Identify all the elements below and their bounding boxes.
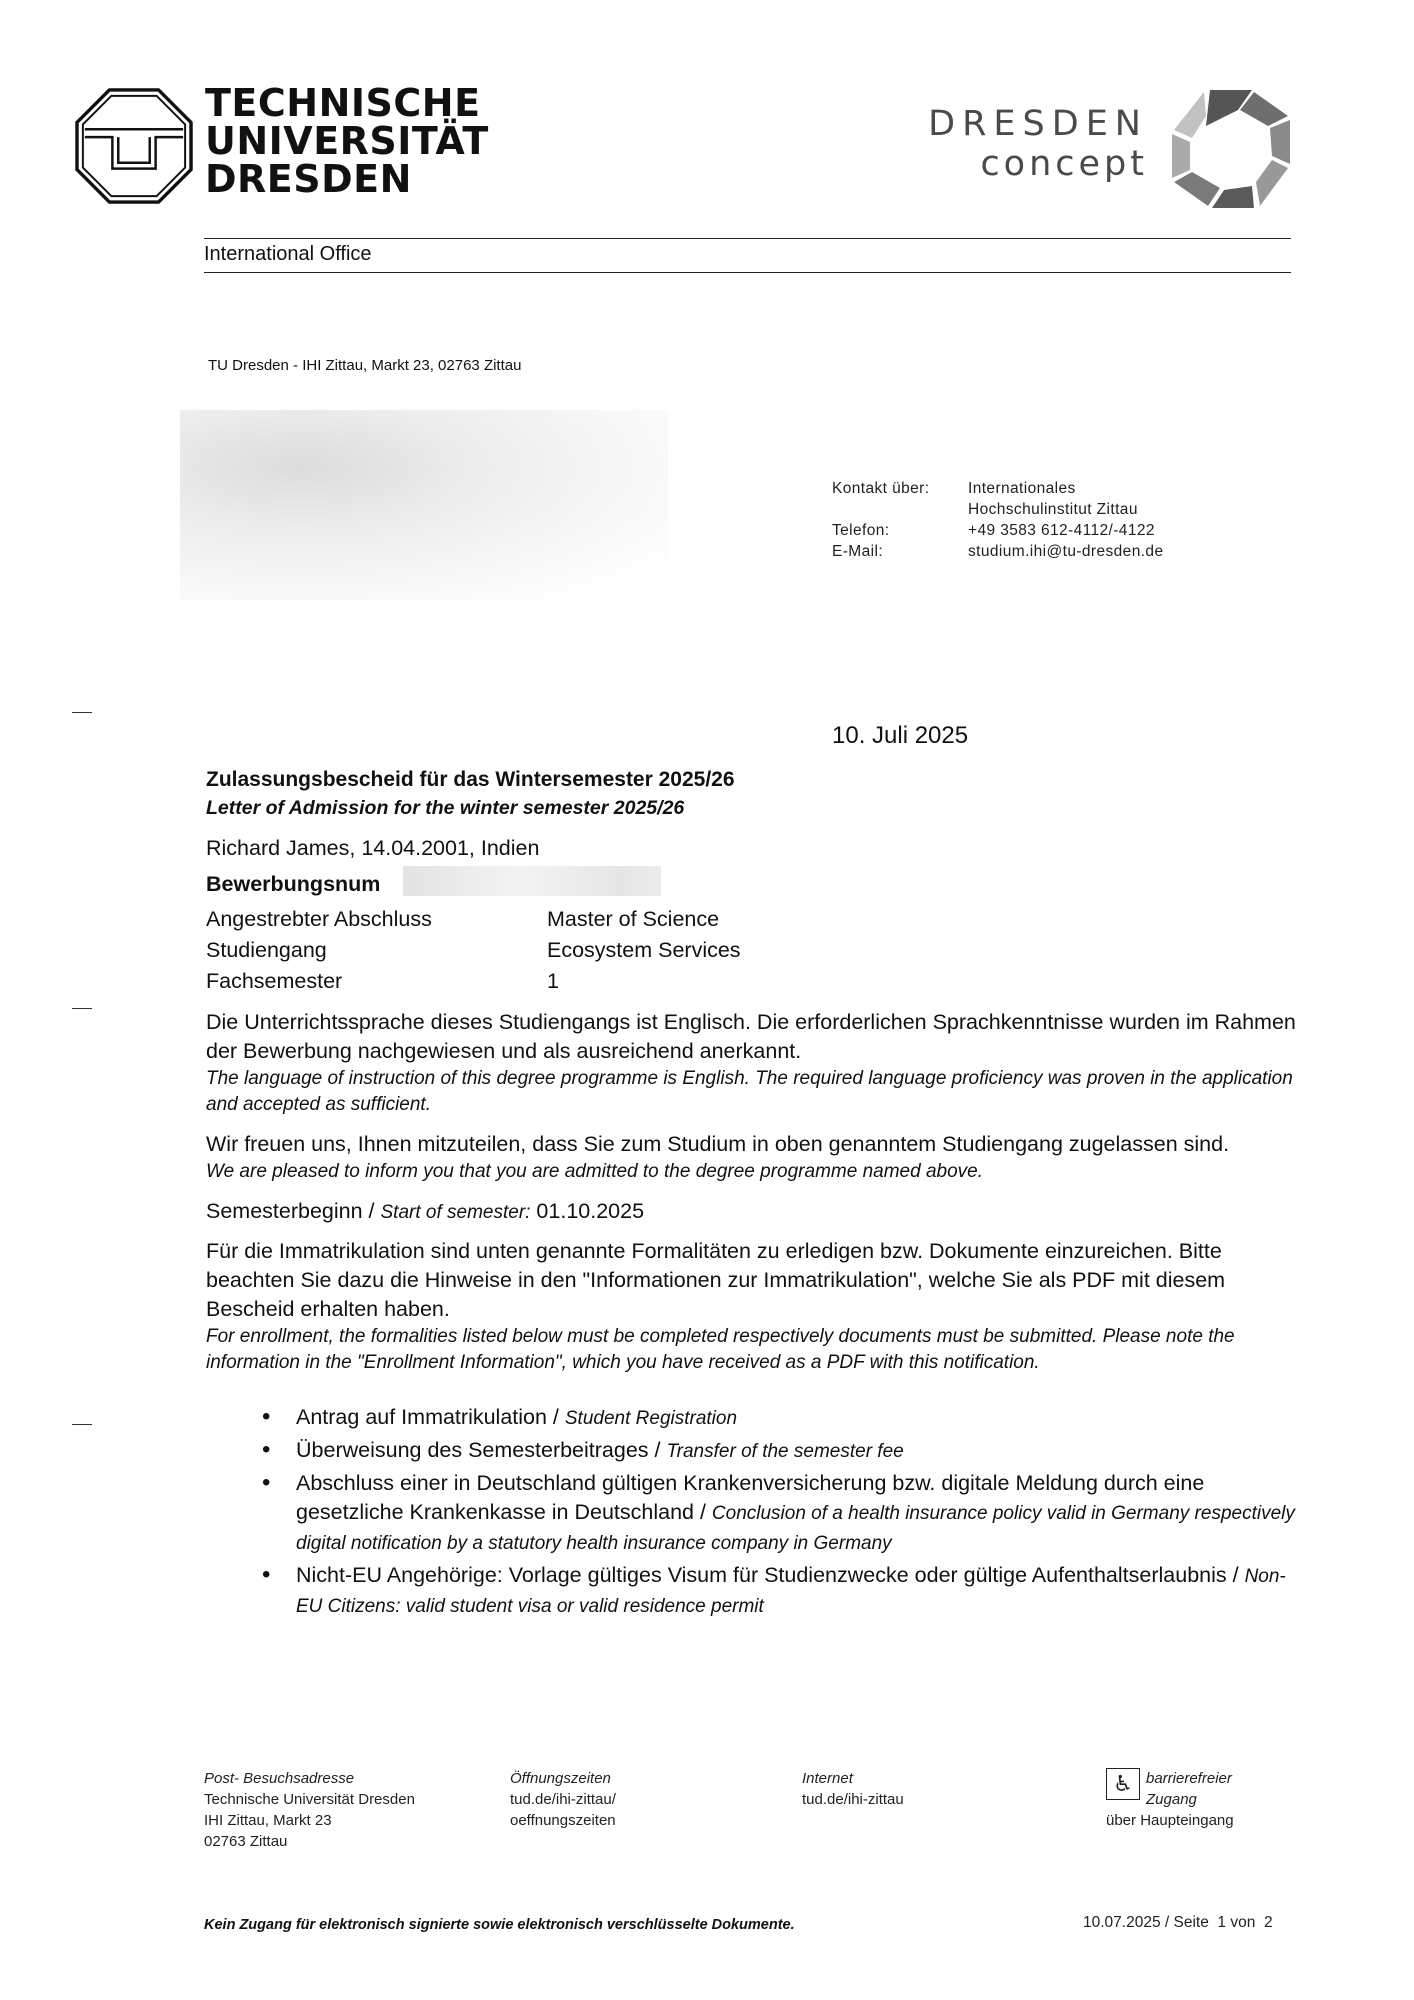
- contact-row: Kontakt über: Internationales Hochschuli…: [832, 478, 1168, 520]
- fold-mark: [72, 712, 92, 713]
- application-number-label: Bewerbungsnum: [206, 872, 1306, 897]
- university-wordmark: TECHNISCHE UNIVERSITÄT DRESDEN: [205, 84, 489, 198]
- letter-date: 10. Juli 2025: [832, 722, 968, 750]
- dresden-concept-octagon-icon: [1168, 86, 1294, 212]
- page-info: 10.07.2025 / Seite 1 von 2: [1083, 1914, 1273, 1932]
- requirements-list: Antrag auf Immatrikulation / Student Reg…: [262, 1403, 1312, 1624]
- fold-mark: [72, 1424, 92, 1425]
- wheelchair-icon: ♿: [1106, 1768, 1140, 1800]
- subject-de: Zulassungsbescheid für das Wintersemeste…: [206, 768, 1306, 792]
- redacted-recipient-address: [180, 410, 668, 600]
- contact-row: E-Mail: studium.ihi@tu-dresden.de: [832, 541, 1168, 562]
- applicant-line: Richard James, 14.04.2001, Indien: [206, 836, 1306, 861]
- footer-address: Post- Besuchsadresse Technische Universi…: [204, 1768, 415, 1852]
- list-item: Abschluss einer in Deutschland gültigen …: [262, 1469, 1312, 1558]
- admission-facts: Angestrebter Abschluss Master of Science…: [206, 904, 741, 997]
- subject-en: Letter of Admission for the winter semes…: [206, 797, 1306, 820]
- list-item: Antrag auf Immatrikulation / Student Reg…: [262, 1403, 1312, 1433]
- tud-logo-icon: [75, 88, 193, 204]
- redacted-application-number: [403, 866, 661, 896]
- fold-mark: [72, 1008, 92, 1009]
- header-rule-top: [204, 238, 1291, 239]
- contact-row: Telefon: +49 3583 612-4112/-4122: [832, 520, 1168, 541]
- list-item: Überweisung des Semesterbeitrages / Tran…: [262, 1436, 1312, 1466]
- fact-row: Studiengang Ecosystem Services: [206, 935, 741, 966]
- fact-row: Fachsemester 1: [206, 966, 741, 997]
- hours-link[interactable]: tud.de/ihi-zittau/: [510, 1789, 616, 1810]
- fact-row: Angestrebter Abschluss Master of Science: [206, 904, 741, 935]
- footer-disclaimer: Kein Zugang für elektronisch signierte s…: [204, 1917, 795, 1933]
- footer-internet: Internet tud.de/ihi-zittau: [802, 1768, 904, 1810]
- email-link[interactable]: studium.ihi@tu-dresden.de: [968, 541, 1168, 562]
- footer-hours: Öffnungszeiten tud.de/ihi-zittau/ oeffnu…: [510, 1768, 616, 1831]
- sender-return-address: TU Dresden - IHI Zittau, Markt 23, 02763…: [208, 357, 521, 374]
- language-paragraph: Die Unterrichtssprache dieses Studiengan…: [206, 1008, 1306, 1118]
- website-link[interactable]: tud.de/ihi-zittau: [802, 1789, 904, 1810]
- department-name: International Office: [204, 243, 372, 266]
- contact-block: Kontakt über: Internationales Hochschuli…: [832, 478, 1168, 562]
- enrollment-paragraph: Für die Immatrikulation sind unten genan…: [206, 1237, 1276, 1376]
- header-rule-bottom: [204, 272, 1291, 273]
- semester-start: Semesterbeginn / Start of semester: 01.1…: [206, 1197, 1306, 1227]
- admission-paragraph: Wir freuen uns, Ihnen mitzuteilen, dass …: [206, 1130, 1306, 1185]
- dresden-concept-wordmark: DRESDEN concept: [928, 104, 1148, 184]
- list-item: Nicht-EU Angehörige: Vorlage gültiges Vi…: [262, 1561, 1312, 1621]
- footer-accessibility: ♿ barrierefreier Zugang über Haupteingan…: [1106, 1768, 1234, 1831]
